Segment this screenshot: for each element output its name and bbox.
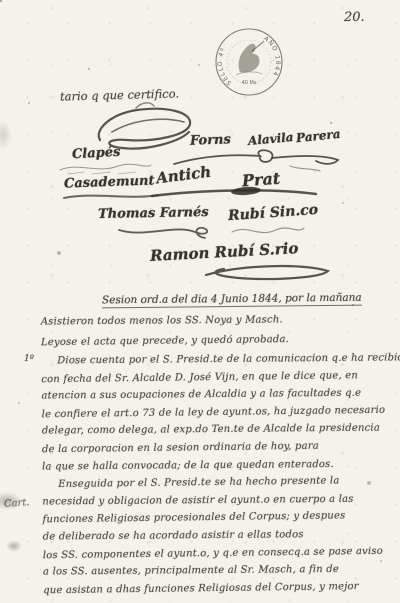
- signature-thomas-farnes: Thomas Farnés: [98, 205, 209, 222]
- seal-arc-left-text: SELLO 4º: [217, 46, 233, 86]
- seal-denomination-text: 40 Ms: [242, 80, 257, 86]
- signature-casademunt: Casademunt: [64, 173, 155, 191]
- scan-smudge: [0, 120, 12, 150]
- scan-speckles: [0, 0, 2, 2]
- casademunt-rubric-flourish: [62, 190, 162, 204]
- antich-prat-rubric-flourish: [150, 184, 322, 202]
- signature-parera: Parera: [295, 127, 341, 146]
- scan-smudge: [6, 540, 22, 552]
- farnes-rubric-flourish: [115, 222, 215, 244]
- seal-arc-right-text: AÑO 1844: [262, 35, 281, 77]
- margin-note-item-1: 1º: [24, 354, 34, 364]
- svg-text:AÑO 1844: AÑO 1844: [262, 35, 281, 77]
- signature-rubi-sindico: Rubí Sin.co: [228, 202, 319, 224]
- page-number: 20.: [344, 10, 365, 25]
- svg-text:SELLO 4º: SELLO 4º: [217, 46, 233, 86]
- ramon-rubi-rubric-flourish: [200, 261, 338, 285]
- body-line: que asistan a dhas funciones Religiosas …: [43, 577, 388, 599]
- seal-allegorical-figure-icon: [236, 41, 264, 75]
- manuscript-page: 20. SELLO 4º AÑO 1844 40 Ms tario q que …: [0, 0, 400, 603]
- revenue-stamp-seal-icon: SELLO 4º AÑO 1844 40 Ms: [212, 25, 286, 99]
- minutes-body: Asistieron todos menos los SS. Noya y Ma…: [41, 310, 388, 599]
- session-heading-text: Sesion ord.a del dia 4 Junio 1844, por l…: [102, 292, 362, 309]
- session-heading: Sesion ord.a del dia 4 Junio 1844, por l…: [102, 292, 362, 307]
